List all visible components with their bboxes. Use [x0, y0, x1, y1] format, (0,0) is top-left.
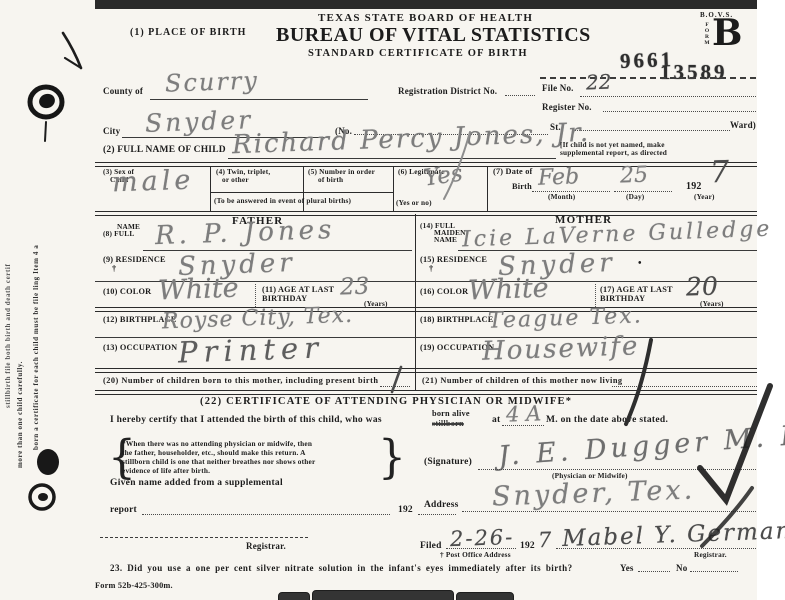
check-arrow-mark [63, 33, 81, 68]
divider-under-children [95, 390, 757, 395]
report-year-line [418, 514, 456, 515]
margin-note-2: born a certificate for each child must b… [32, 245, 40, 450]
table-vline-2 [303, 166, 304, 212]
table-vline-3 [393, 166, 394, 212]
post-office-label: † Post Office Address [440, 551, 511, 559]
certify-text: I hereby certify that I attended the bir… [110, 415, 382, 425]
scan-edge-right [757, 0, 785, 600]
child-name-value: Richard Percy Jones, Jr. [232, 118, 591, 160]
ink-ring-lower [30, 485, 54, 509]
father-age-divider [255, 284, 256, 307]
table-midline [210, 192, 393, 193]
order-label-2: of birth [318, 176, 343, 184]
children-living-label: (21) Number of children of this mother n… [422, 376, 623, 385]
plural-note: (To be answered in event of plural birth… [214, 197, 351, 205]
father-residence-label: (9) RESIDENCE [103, 255, 166, 264]
report-line [142, 514, 390, 515]
hole-punch-center [37, 92, 57, 111]
city-label: City [103, 126, 120, 136]
father-color-label: (10) COLOR [103, 287, 151, 296]
dob-year-printed: 192 [686, 181, 702, 192]
father-age-value: 23 [340, 273, 370, 300]
place-of-birth-label: (1) PLACE OF BIRTH [130, 27, 246, 38]
center-divider [415, 214, 416, 390]
margin-note-3: stillbirth file both birth and death cer… [4, 264, 12, 408]
bottom-toolbar-button-right[interactable] [456, 592, 514, 600]
registrar2-label: Registrar. [694, 551, 727, 559]
address-label: Address [424, 500, 458, 510]
dob-year-value: 7 [709, 155, 729, 191]
physician-note-2: the father, householder, etc., should ma… [122, 449, 306, 457]
signature-line [478, 469, 756, 470]
scan-edge-top [95, 0, 758, 9]
bureau-title: BUREAU OF VITAL STATISTICS [276, 24, 591, 47]
physician-note-1: *When there was no attending physician o… [122, 440, 312, 448]
hole-punch-ring [30, 87, 62, 117]
at-label: at [492, 415, 500, 425]
no-label: No [676, 563, 687, 573]
ink-blob-lower [37, 449, 59, 475]
mother-name-label-3: NAME [434, 236, 457, 244]
born-alive-label: born alive [432, 409, 470, 418]
dob-label-2: Birth [512, 182, 532, 191]
yes-label: Yes [620, 563, 634, 573]
filed-label: Filed [420, 541, 442, 551]
certificate-title: STANDARD CERTIFICATE OF BIRTH [308, 48, 528, 59]
on-date-label: M. on the date above stated. [546, 415, 668, 425]
mother-age-label-1: (17) AGE AT LAST [600, 285, 673, 294]
county-line [150, 99, 368, 100]
legitimate-note: (Yes or no) [396, 199, 432, 207]
ink-ring-lower-dot [38, 493, 48, 501]
physician-note-4: evidence of life after birth. [122, 467, 210, 475]
no-line [690, 571, 738, 572]
form-word-vertical: FORM [704, 22, 710, 48]
registrar-label: Registrar. [246, 541, 286, 551]
mother-occupation-value: Housewife [482, 331, 640, 366]
note-brace-right: } [378, 431, 406, 485]
mother-age-label-2: BIRTHDAY [600, 294, 645, 303]
file-no-line [580, 96, 756, 97]
report-label: report [110, 505, 137, 515]
divider-under-table [95, 211, 757, 216]
birth-certificate-scan: TEXAS STATE BOARD OF HEALTH (1) PLACE OF… [0, 0, 785, 600]
stamp-underline [540, 77, 756, 79]
yes-line [638, 571, 670, 572]
ward-line [575, 130, 730, 131]
given-name-note: Given name added from a supplemental [110, 478, 283, 488]
center-divider-2 [415, 371, 416, 390]
mother-residence-label: (15) RESIDENCE [420, 255, 487, 264]
twin-label-2: or other [222, 176, 249, 184]
board-title: TEXAS STATE BOARD OF HEALTH [318, 12, 533, 24]
table-vline-4 [487, 166, 488, 212]
father-birthplace-value: Royse City, Tex. [162, 303, 354, 335]
mother-name-value: Icie LaVerne Gulledge [462, 217, 773, 253]
ward-label: Ward) [730, 120, 756, 130]
child-name-label: (2) FULL NAME OF CHILD [103, 145, 226, 155]
mother-birthplace-value: Teague Tex. [488, 303, 644, 333]
father-name-value: R. P. Jones [155, 215, 336, 251]
dob-month-sub: (Month) [548, 193, 575, 201]
bottom-toolbar-button-center[interactable] [312, 590, 454, 600]
father-age-label-1: (11) AGE AT LAST [262, 285, 334, 294]
stillborn-label: stillborn [432, 419, 464, 428]
children-living-line [612, 386, 757, 387]
divider-under-occupation [95, 368, 757, 373]
registrar-line [100, 537, 308, 538]
registrar-name-value: Mabel Y. German [562, 518, 785, 552]
bottom-toolbar-button-left[interactable] [278, 592, 310, 600]
filed-year-value: 7 [538, 528, 552, 552]
check-arrow-foot [65, 58, 81, 68]
mother-color-value: White [467, 273, 549, 307]
time-value: 4 A [506, 401, 542, 426]
physician-note-3: stillborn child is one that neither brea… [122, 458, 315, 466]
report-year: 192 [398, 505, 413, 515]
address-line [462, 511, 756, 512]
dob-day-sub: (Day) [626, 193, 644, 201]
father-age-label-2: BIRTHDAY [262, 294, 307, 303]
dob-year-sub: (Year) [694, 193, 715, 201]
father-name-label-1: (8) FULL [103, 230, 134, 238]
form-number: Form 52b-425-300m. [95, 581, 173, 590]
mother-age-value: 20 [686, 271, 719, 301]
child-name-line [228, 158, 556, 159]
mother-age-divider [595, 284, 596, 307]
children-born-label: (20) Number of children born to this mot… [103, 376, 378, 385]
children-born-line [380, 386, 410, 387]
register-no-label: Register No. [542, 102, 592, 112]
father-color-value: White [157, 273, 239, 307]
mother-residence-dagger: † [429, 264, 433, 273]
signature-value: J. E. Dugger M. D. [497, 419, 785, 472]
dob-label-1: (7) Date of [493, 167, 533, 176]
county-label: County of [103, 86, 143, 96]
not-named-note-2: supplemental report, as directed [560, 149, 667, 157]
address-value: Snyder, Tex. [492, 474, 696, 512]
register-no-line [603, 111, 756, 112]
dob-day: 25 [620, 163, 649, 189]
stamp-number-2: 13589 [660, 60, 728, 85]
time-line [502, 425, 544, 426]
mother-birthplace-label: (18) BIRTHPLACE [420, 315, 493, 324]
form-letter-b: B [712, 12, 743, 54]
filed-year-printed: 192 [520, 541, 535, 551]
registrar-name-line [556, 548, 756, 549]
father-name-label-2: NAME [117, 223, 140, 231]
county-value: Scurry [165, 66, 260, 97]
file-no-value: 22 [586, 70, 612, 95]
father-residence-dagger: † [112, 264, 116, 273]
legitimate-value: Yes [422, 160, 464, 191]
table-vline-1 [210, 166, 211, 212]
margin-tick [45, 122, 46, 141]
question-23: 23. Did you use a one per cent silver ni… [110, 563, 573, 573]
margin-note-1: more than one child carefully. [16, 361, 24, 468]
sex-value: male [111, 165, 194, 199]
signature-label: (Signature) [424, 457, 472, 467]
district-label: Registration District No. [398, 86, 497, 96]
father-occupation-label: (13) OCCUPATION [103, 343, 177, 352]
mother-color-label: (16) COLOR [420, 287, 468, 296]
dob-month: Feb [538, 164, 580, 190]
mother-residence-bullet: • [638, 258, 642, 269]
father-occupation-value: Printer [177, 330, 324, 369]
file-no-label: File No. [542, 83, 574, 93]
district-line [505, 95, 535, 96]
filed-date-line [446, 548, 516, 549]
